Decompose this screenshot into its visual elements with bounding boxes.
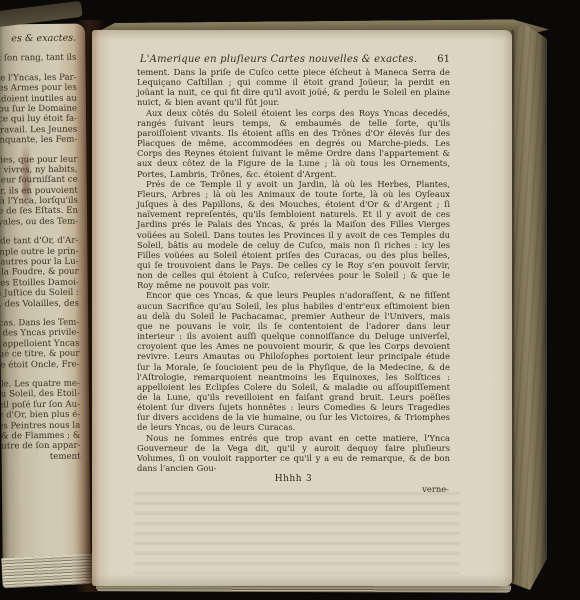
left-page-text: es & exactes.er avant ſon rang, tant ils… (0, 34, 81, 464)
catchword: verne- (137, 484, 450, 494)
right-page: L'Amerique en pluſieurs Cartes nouvelles… (92, 30, 512, 586)
paragraph: Aux deux côtés du Soleil étoient les cor… (137, 108, 450, 179)
stain (22, 142, 30, 210)
paragraph: Nous ne ſommes entrés que trop avant en … (137, 433, 450, 474)
body-text: tement. Dans la priſe de Cuſco cette pie… (137, 67, 450, 494)
folio-number: 61 (420, 54, 450, 65)
left-page-line: tement (0, 451, 81, 464)
paragraph: Encor que ces Yncas, & que leurs Peuples… (137, 290, 450, 432)
show-through-ghosting (134, 492, 460, 574)
signature-mark: Hhhh 3 (137, 474, 450, 484)
cover-right-edge (509, 24, 547, 590)
page-header: L'Amerique en pluſieurs Cartes nouvelles… (137, 54, 450, 65)
paragraph: tement. Dans la priſe de Cuſco cette pie… (137, 67, 450, 108)
paragraph: Prés de ce Temple il y avoit un Jardin, … (137, 179, 450, 291)
book-photograph: es & exactes.er avant ſon rang, tant ils… (0, 0, 580, 600)
running-title: L'Amerique en pluſieurs Cartes nouvelles… (137, 54, 420, 65)
